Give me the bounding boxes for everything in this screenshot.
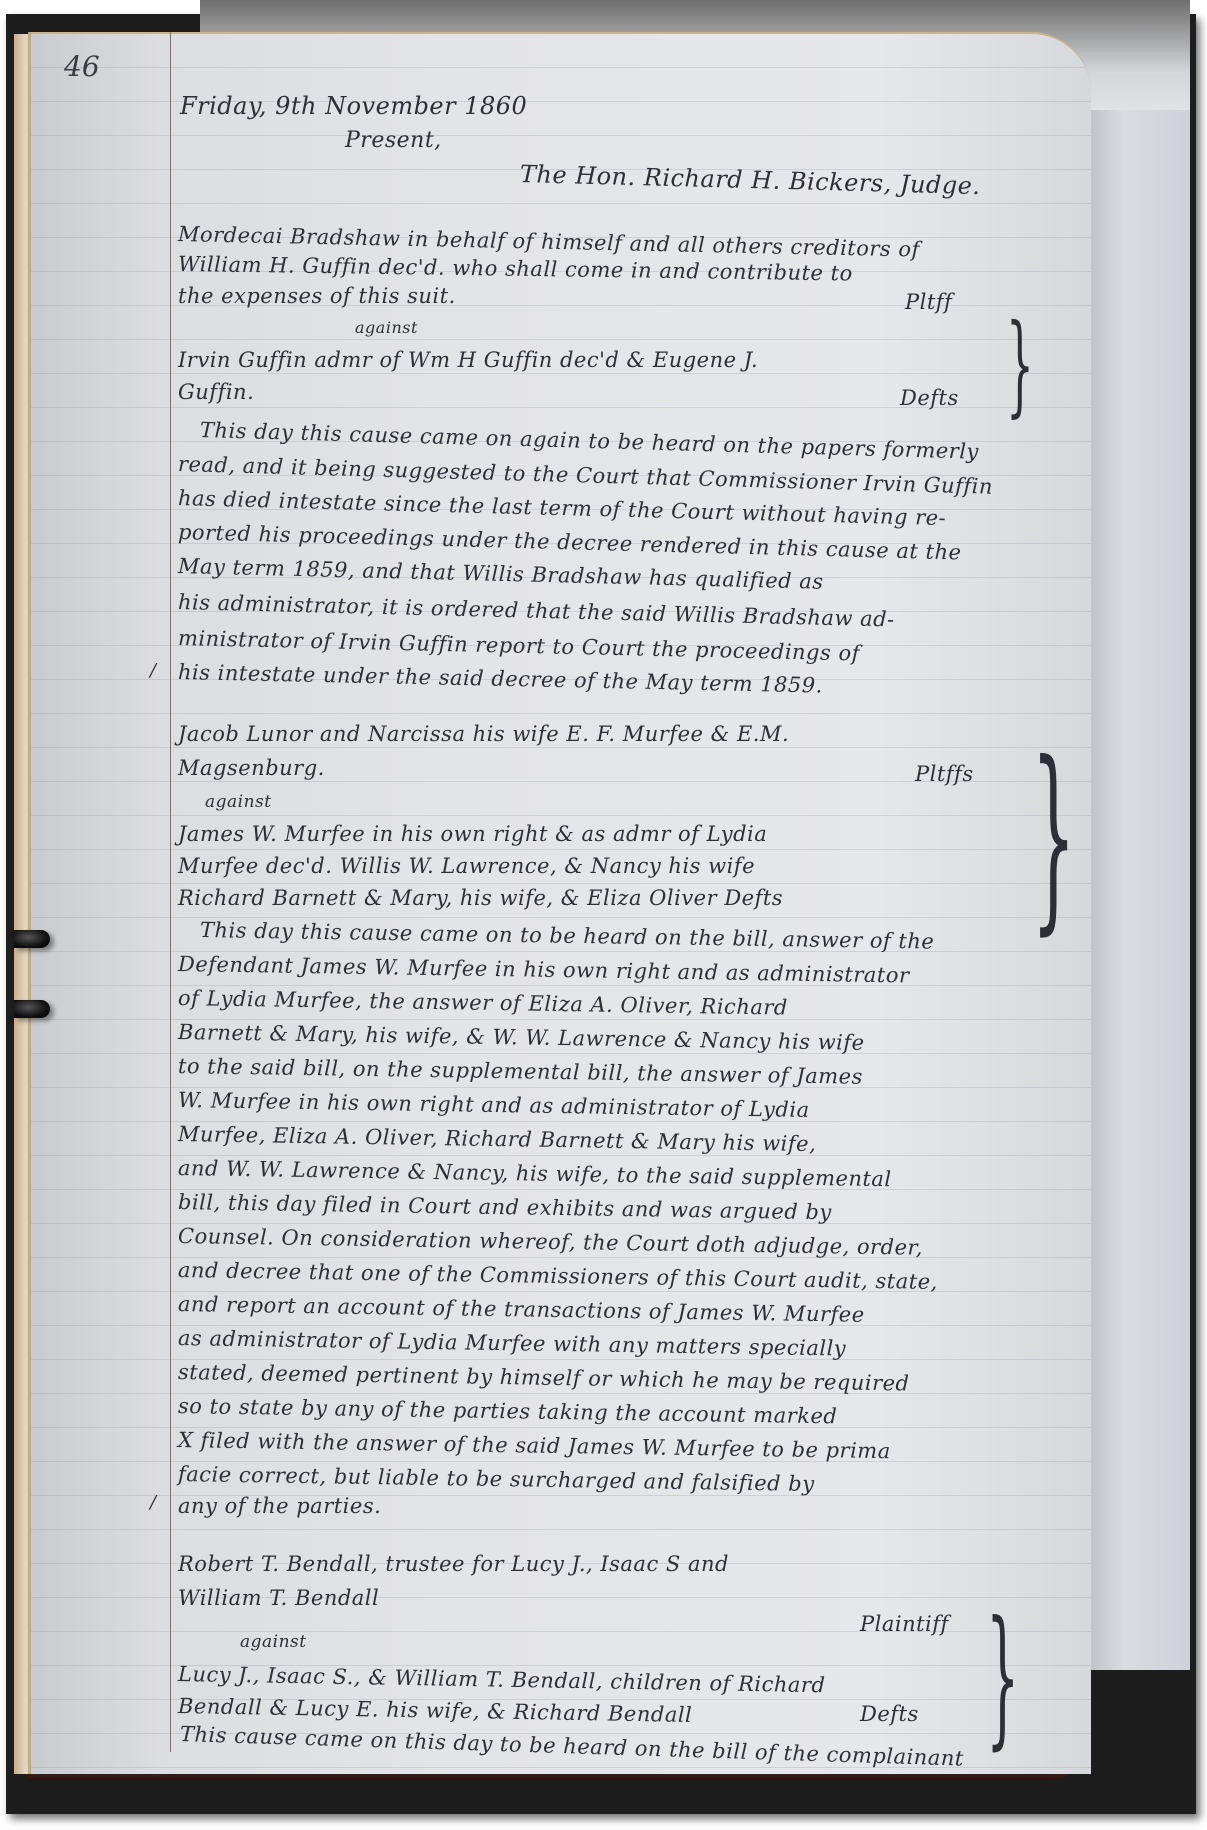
margin-tick-mark: / [150, 1492, 156, 1513]
binder-ring-icon [14, 1000, 50, 1018]
case2-defendant-line: Murfee dec'd. Willis W. Lawrence, & Nanc… [178, 854, 755, 878]
case1-brace-icon: } [1006, 300, 1034, 428]
page-number: 46 [64, 50, 100, 83]
case2-defendant-line: Richard Barnett & Mary, his wife, & Eliz… [178, 886, 783, 910]
case1-defendant-label: Defts [900, 386, 959, 410]
case3-against: against [240, 1632, 307, 1652]
case3-plaintiff-line: William T. Bendall [178, 1586, 379, 1610]
case2-brace-icon: } [1031, 720, 1076, 953]
case1-against: against [355, 318, 418, 337]
binder-ring-icon [14, 930, 50, 948]
case3-plaintiff-label: Plaintiff [860, 1612, 949, 1636]
margin-rule [170, 32, 171, 1752]
case1-defendant-line: Guffin. [178, 380, 254, 404]
entry-date: Friday, 9th November 1860 [180, 92, 527, 120]
case2-plaintiff-line: Magsenburg. [178, 756, 325, 780]
margin-tick-mark: / [150, 660, 156, 681]
facing-page-edge [1080, 110, 1190, 1670]
case1-plaintiff-line: the expenses of this suit. [178, 284, 456, 308]
case2-against: against [205, 792, 272, 812]
case2-plaintiff-line: Jacob Lunor and Narcissa his wife E. F. … [178, 722, 789, 746]
present-label: Present, [345, 128, 442, 153]
case3-plaintiff-line: Robert T. Bendall, trustee for Lucy J., … [178, 1552, 729, 1576]
case1-plaintiff-label: Pltff [905, 290, 952, 314]
case2-body-line: any of the parties. [178, 1494, 381, 1518]
case3-defendant-label: Defts [860, 1702, 919, 1726]
case2-defendant-line: James W. Murfee in his own right & as ad… [178, 822, 767, 846]
case3-brace-icon: } [986, 1590, 1019, 1764]
case1-defendant-line: Irvin Guffin admr of Wm H Guffin dec'd &… [178, 348, 758, 372]
case2-plaintiff-label: Pltffs [915, 762, 974, 786]
